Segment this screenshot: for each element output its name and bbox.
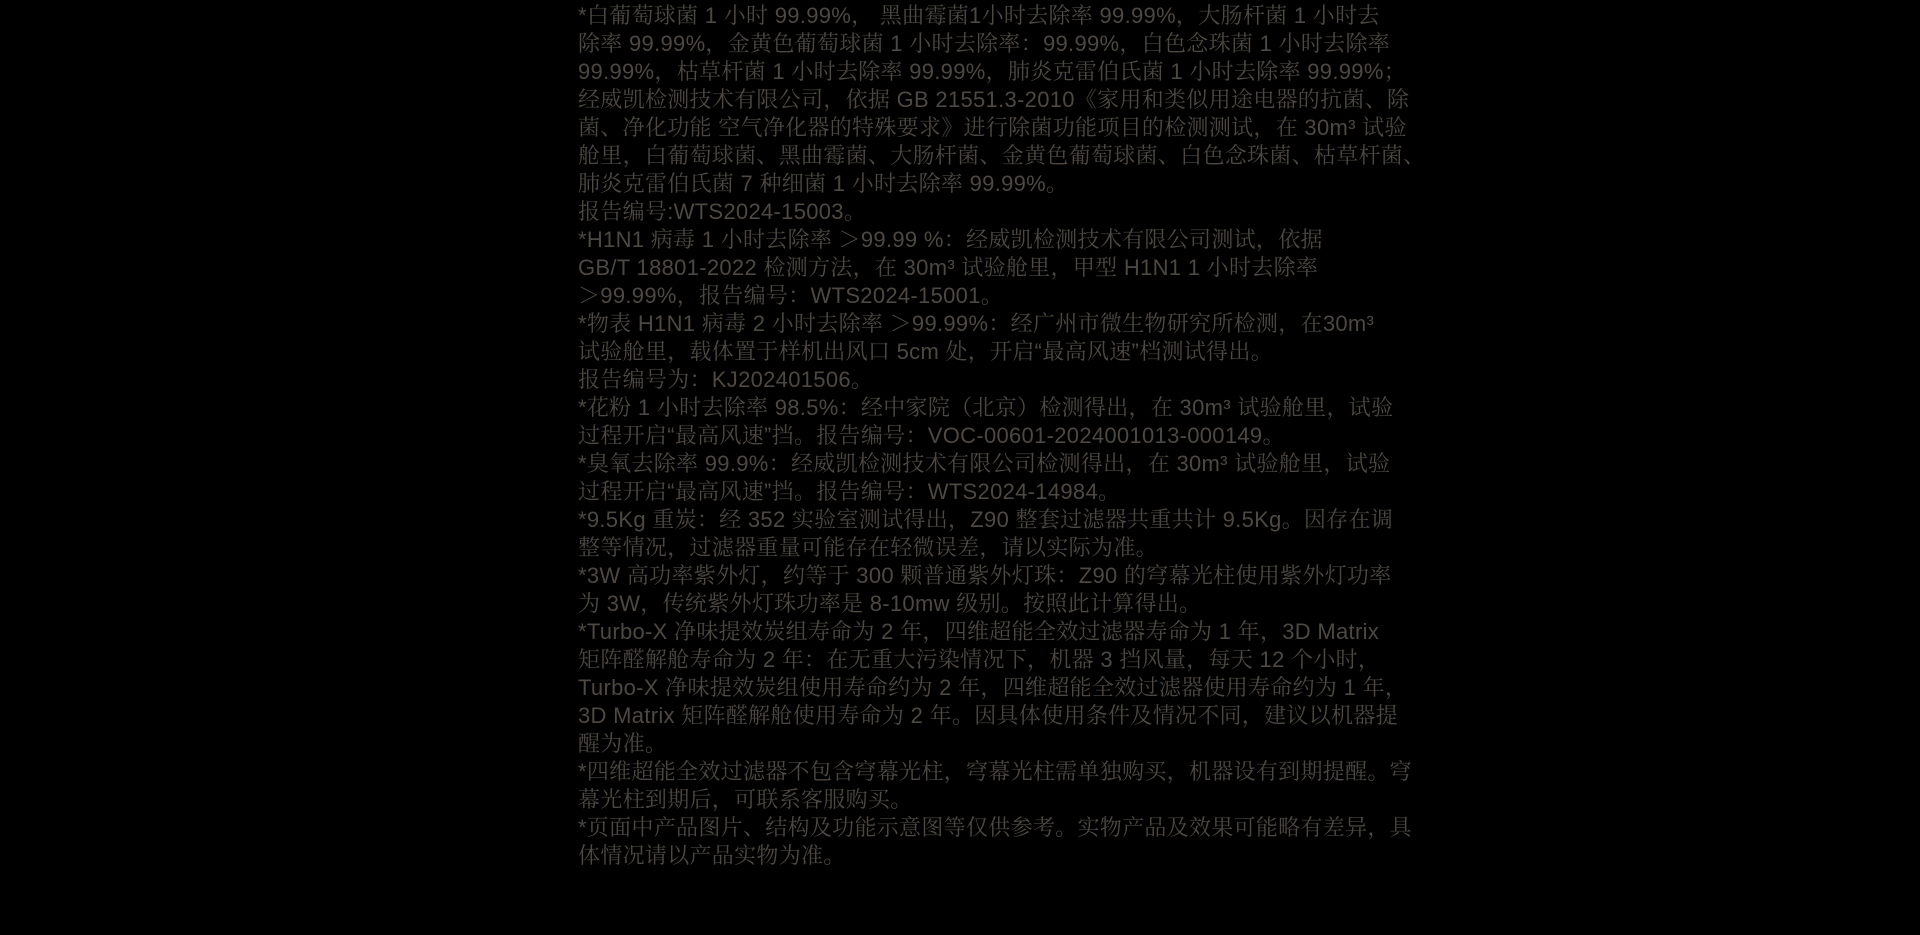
disclaimer-line: 菌、净化功能 空气净化器的特殊要求》进行除菌功能项目的检测测试，在 30m³ 试…: [578, 114, 1358, 142]
disclaimer-line: 报告编号:WTS2024-15003。: [578, 198, 1358, 226]
disclaimer-line: 经威凯检测技术有限公司，依据 GB 21551.3-2010《家用和类似用途电器…: [578, 86, 1358, 114]
disclaimer-line: *臭氧去除率 99.9%：经威凯检测技术有限公司检测得出，在 30m³ 试验舱里…: [578, 450, 1358, 478]
disclaimer-line: 99.99%，枯草杆菌 1 小时去除率 99.99%，肺炎克雷伯氏菌 1 小时去…: [578, 58, 1358, 86]
disclaimer-line: *9.5Kg 重炭：经 352 实验室测试得出，Z90 整套过滤器共重共计 9.…: [578, 506, 1358, 534]
disclaimer-line: 试验舱里，载体置于样机出风口 5cm 处，开启“最高风速”档测试得出。: [578, 338, 1358, 366]
disclaimer-line: 醒为准。: [578, 730, 1358, 758]
disclaimer-line: *物表 H1N1 病毒 2 小时去除率 ＞99.99%：经广州市微生物研究所检测…: [578, 310, 1358, 338]
disclaimer-line: GB/T 18801-2022 检测方法，在 30m³ 试验舱里，甲型 H1N1…: [578, 254, 1358, 282]
disclaimer-line: ＞99.99%，报告编号：WTS2024-15001。: [578, 282, 1358, 310]
disclaimer-line: 舱里，白葡萄球菌、黑曲霉菌、大肠杆菌、金黄色葡萄球菌、白色念珠菌、枯草杆菌、: [578, 142, 1358, 170]
disclaimer-line: *3W 高功率紫外灯，约等于 300 颗普通紫外灯珠：Z90 的穹幕光柱使用紫外…: [578, 562, 1358, 590]
disclaimer-line: *H1N1 病毒 1 小时去除率 ＞99.99 %：经威凯检测技术有限公司测试，…: [578, 226, 1358, 254]
disclaimer-line: 肺炎克雷伯氏菌 7 种细菌 1 小时去除率 99.99%。: [578, 170, 1358, 198]
disclaimer-line: 3D Matrix 矩阵醛解舱使用寿命为 2 年。因具体使用条件及情况不同，建议…: [578, 702, 1358, 730]
disclaimer-line: *白葡萄球菌 1 小时 99.99%， 黑曲霉菌1小时去除率 99.99%，大肠…: [578, 2, 1358, 30]
disclaimer-line: 报告编号为：KJ202401506。: [578, 366, 1358, 394]
disclaimer-line: *四维超能全效过滤器不包含穹幕光柱，穹幕光柱需单独购买，机器设有到期提醒。穹: [578, 758, 1358, 786]
disclaimer-block: *白葡萄球菌 1 小时 99.99%， 黑曲霉菌1小时去除率 99.99%，大肠…: [578, 2, 1358, 870]
disclaimer-line: 为 3W，传统紫外灯珠功率是 8-10mw 级别。按照此计算得出。: [578, 590, 1358, 618]
disclaimer-line: 幕光柱到期后，可联系客服购买。: [578, 786, 1358, 814]
disclaimer-line: 过程开启“最高风速”挡。报告编号：VOC-00601-2024001013-00…: [578, 422, 1358, 450]
disclaimer-line: *花粉 1 小时去除率 98.5%：经中家院（北京）检测得出，在 30m³ 试验…: [578, 394, 1358, 422]
disclaimer-line: 体情况请以产品实物为准。: [578, 842, 1358, 870]
disclaimer-line: *Turbo-X 净味提效炭组寿命为 2 年，四维超能全效过滤器寿命为 1 年，…: [578, 618, 1358, 646]
disclaimer-line: Turbo-X 净味提效炭组使用寿命约为 2 年，四维超能全效过滤器使用寿命约为…: [578, 674, 1358, 702]
disclaimer-line: 过程开启“最高风速”挡。报告编号：WTS2024-14984。: [578, 478, 1358, 506]
disclaimer-line: *页面中产品图片、结构及功能示意图等仅供参考。实物产品及效果可能略有差异，具: [578, 814, 1358, 842]
disclaimer-line: 除率 99.99%，金黄色葡萄球菌 1 小时去除率：99.99%，白色念珠菌 1…: [578, 30, 1358, 58]
disclaimer-line: 整等情况，过滤器重量可能存在轻微误差，请以实际为准。: [578, 534, 1358, 562]
disclaimer-line: 矩阵醛解舱寿命为 2 年：在无重大污染情况下，机器 3 挡风量，每天 12 个小…: [578, 646, 1358, 674]
